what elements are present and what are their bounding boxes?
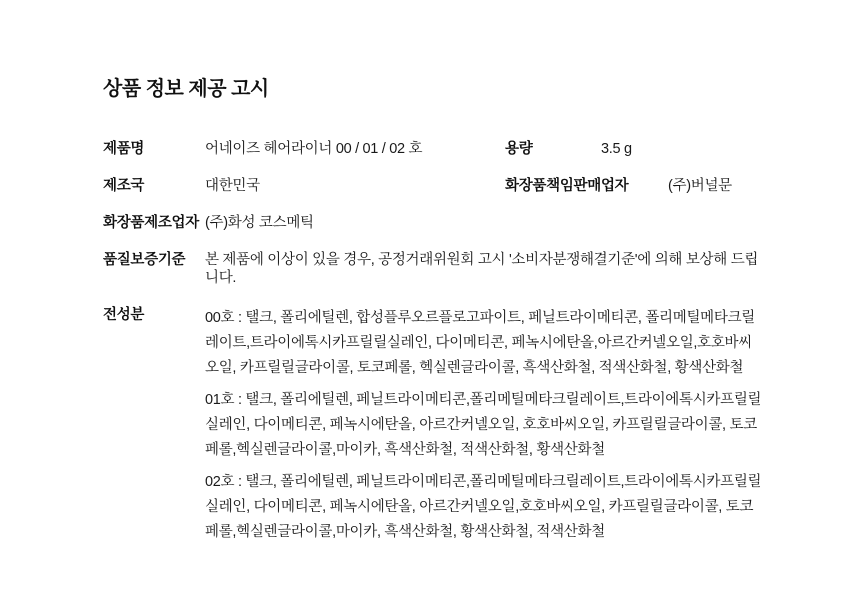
page-title: 상품 정보 제공 고시 (103, 77, 762, 101)
row-quality-guarantee: 품질보증기준 본 제품에 이상이 있을 경우, 공정거래위원회 고시 '소비자분… (103, 251, 762, 287)
manufacturer-label: 화장품제조업자 (103, 214, 205, 232)
row-product-name-volume: 제품명 어네이즈 헤어라이너 00 / 01 / 02 호 용량 3.5 g (103, 140, 762, 158)
row-ingredients: 전성분 00호 : 탤크, 폴리에틸렌, 합성플루오르플로고파이트, 페닐트라이… (103, 306, 762, 545)
volume-value: 3.5 g (601, 140, 762, 158)
row-country-seller: 제조국 대한민국 화장품책임판매업자 (주)버널문 (103, 177, 762, 195)
ingredients-shade-01: 01호 : 탤크, 폴리에틸렌, 페닐트라이메티콘,폴리메틸메타크릴레이트,트라… (205, 388, 762, 463)
ingredients-list: 00호 : 탤크, 폴리에틸렌, 합성플루오르플로고파이트, 페닐트라이메티콘,… (205, 306, 762, 545)
ingredients-shade-02: 02호 : 탤크, 폴리에틸렌, 페닐트라이메티콘,폴리메틸메타크릴레이트,트라… (205, 470, 762, 545)
responsible-seller-value: (주)버널문 (668, 177, 762, 195)
ingredients-label: 전성분 (103, 306, 205, 324)
country-of-manufacture-label: 제조국 (103, 177, 205, 195)
responsible-seller-label: 화장품책임판매업자 (505, 177, 668, 195)
product-info-notice: 상품 정보 제공 고시 제품명 어네이즈 헤어라이너 00 / 01 / 02 … (0, 0, 860, 596)
manufacturer-value: (주)화성 코스메틱 (205, 214, 762, 232)
product-name-value: 어네이즈 헤어라이너 00 / 01 / 02 호 (205, 140, 505, 158)
product-name-label: 제품명 (103, 140, 205, 158)
quality-guarantee-value: 본 제품에 이상이 있을 경우, 공정거래위원회 고시 '소비자분쟁해결기준'에… (205, 251, 762, 287)
quality-guarantee-label: 품질보증기준 (103, 251, 205, 269)
ingredients-shade-00: 00호 : 탤크, 폴리에틸렌, 합성플루오르플로고파이트, 페닐트라이메티콘,… (205, 306, 762, 381)
row-manufacturer: 화장품제조업자 (주)화성 코스메틱 (103, 214, 762, 232)
country-of-manufacture-value: 대한민국 (205, 177, 505, 195)
volume-label: 용량 (505, 140, 601, 158)
